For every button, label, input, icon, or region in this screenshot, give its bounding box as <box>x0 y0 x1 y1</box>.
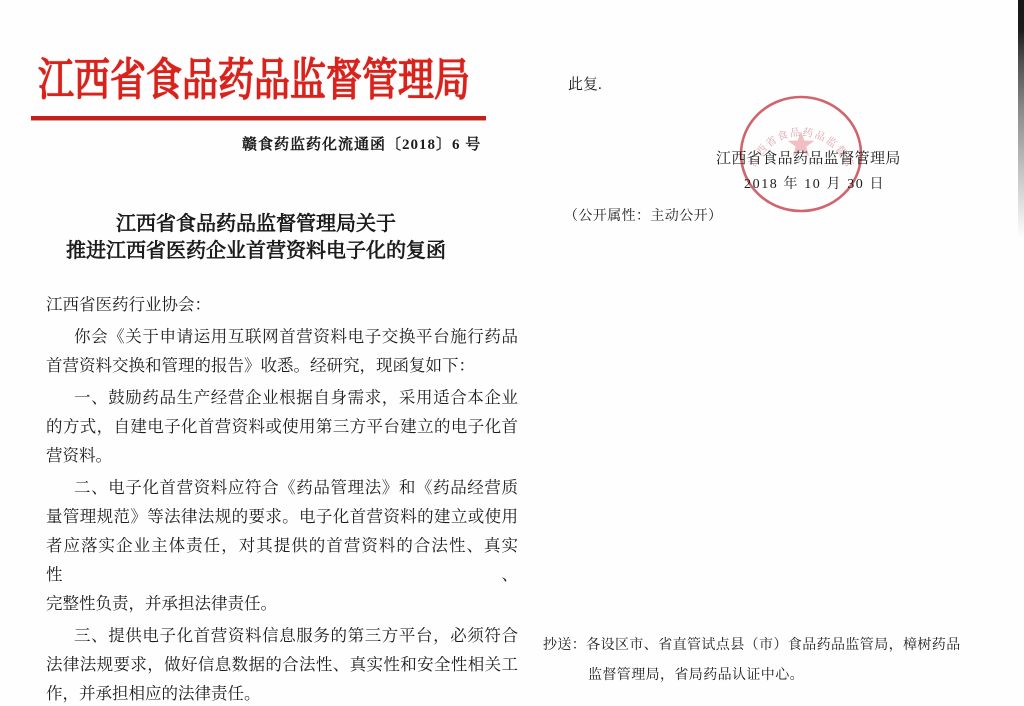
body-line: 作，并承担相应的法律责任。 <box>46 679 518 706</box>
body-line: 完整性负责，并承担法律责任。 <box>46 589 518 618</box>
body-line: 三、提供电子化首营资料信息服务的第三方平台，必须符合 <box>46 621 518 650</box>
body-line: 的方式，自建电子化首营资料或使用第三方平台建立的电子化首 <box>46 412 518 441</box>
scan-edge-artifact <box>1018 0 1024 240</box>
publicity-note: （公开属性：主动公开） <box>564 205 722 225</box>
document-title: 江西省食品药品监督管理局关于 推进江西省医药企业首营资料电子化的复函 <box>28 211 484 265</box>
body-line: 首营资料交换和管理的报告》收悉。经研究，现函复如下： <box>46 351 518 380</box>
cc-label: 抄送： <box>543 638 586 653</box>
paragraph: 你会《关于申请运用互联网首营资料电子交换平台施行药品 首营资料交换和管理的报告》… <box>46 322 518 380</box>
signature-date: 2018 年 10 月 30 日 <box>744 173 885 193</box>
letter-body: 江西省医药行业协会： 你会《关于申请运用互联网首营资料电子交换平台施行药品 首营… <box>46 290 518 706</box>
body-line: 二、电子化首营资料应符合《药品管理法》和《药品经营质 <box>46 473 518 502</box>
closing-phrase: 此复. <box>568 73 602 94</box>
body-line: 者应落实企业主体责任，对其提供的首营资料的合法性、真实性、 <box>46 531 518 589</box>
salutation: 江西省医药行业协会： <box>46 290 518 319</box>
paragraph: 一、鼓励药品生产经营企业根据自身需求，采用适合本企业 的方式，自建电子化首营资料… <box>46 383 518 470</box>
body-line: 法律法规要求，做好信息数据的合法性、真实性和安全性相关工 <box>46 650 518 679</box>
signature-agency: 江西省食品药品监督管理局 <box>716 147 901 168</box>
cc-line1-text: 各设区市、省直管试点县（市）食品药品监管局，樟树药品 <box>586 638 960 653</box>
cc-line2: 监督管理局，省局药品认证中心。 <box>543 661 961 691</box>
body-line: 营资料。 <box>46 441 518 470</box>
cc-line1: 抄送：各设区市、省直管试点县（市）食品药品监管局，樟树药品 <box>543 631 961 661</box>
body-line: 量管理规范》等法律法规的要求。电子化首营资料的建立或使用 <box>46 502 518 531</box>
cc-note: 抄送：各设区市、省直管试点县（市）食品药品监管局，樟树药品 监督管理局，省局药品… <box>543 631 961 691</box>
document-title-line1: 江西省食品药品监督管理局关于 <box>28 211 484 238</box>
body-line: 一、鼓励药品生产经营企业根据自身需求，采用适合本企业 <box>46 383 518 412</box>
body-line: 你会《关于申请运用互联网首营资料电子交换平台施行药品 <box>46 322 518 351</box>
scanned-document-page: 江西省食品药品监督管理局 赣食药监药化流通函〔2018〕6 号 江西省食品药品监… <box>0 0 1024 706</box>
paragraph: 二、电子化首营资料应符合《药品管理法》和《药品经营质 量管理规范》等法律法规的要… <box>46 473 518 618</box>
masthead-rule <box>31 116 486 120</box>
paragraph: 三、提供电子化首营资料信息服务的第三方平台，必须符合 法律法规要求，做好信息数据… <box>46 621 518 706</box>
document-number: 赣食药监药化流通函〔2018〕6 号 <box>242 133 481 154</box>
document-title-line2: 推进江西省医药企业首营资料电子化的复函 <box>28 238 484 265</box>
agency-masthead: 江西省食品药品监督管理局 <box>38 54 470 106</box>
